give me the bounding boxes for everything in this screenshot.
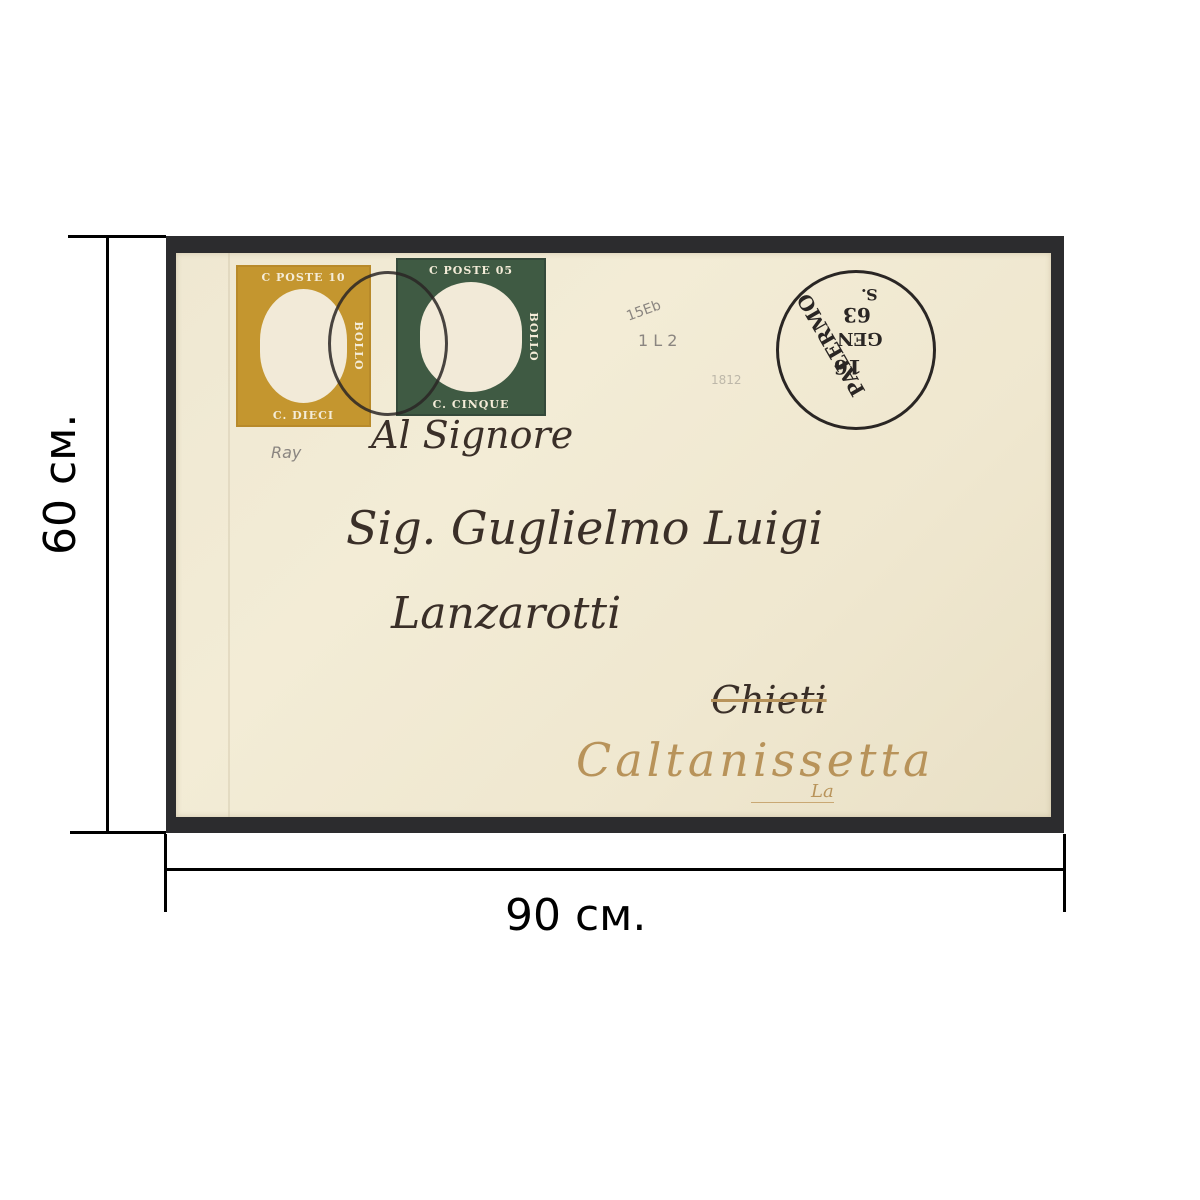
pencil-note: 1 L 2: [638, 331, 677, 350]
left-fold: [228, 253, 230, 817]
stamp-right-text: BOLLO: [527, 312, 540, 361]
stamp-bottom-text: C. DIECI: [238, 409, 369, 422]
right-postmark: PALERMO 16 GEN 63 S.: [776, 270, 936, 430]
pencil-note: 15Eb: [624, 297, 663, 324]
width-label: 90 см.: [505, 890, 646, 941]
stamp-top-text: C POSTE 10: [238, 271, 369, 284]
address-line-1: Al Signore: [371, 413, 573, 457]
redirect-note: La: [751, 781, 834, 803]
address-line-3: Lanzarotti: [391, 588, 621, 639]
width-right-tick: [1063, 834, 1066, 912]
height-line: [106, 236, 109, 833]
postmark-suffix: S.: [861, 285, 878, 304]
height-bottom-tick: [70, 831, 166, 834]
postmark-year: 63: [843, 303, 871, 327]
left-postmark: [328, 271, 448, 416]
address-line-2: Sig. Guglielmo Luigi: [346, 501, 823, 555]
pencil-signature: Ray: [271, 443, 301, 462]
height-label: 60 см.: [35, 415, 85, 555]
postmark-month: GEN: [837, 328, 883, 349]
stamp-top-text: C POSTE 05: [398, 264, 544, 277]
redirect-city: Caltanissetta: [576, 733, 934, 787]
height-top-tick: [68, 235, 166, 238]
width-left-tick: [164, 834, 167, 912]
postmark-day: 16: [834, 355, 862, 379]
width-line: [165, 868, 1065, 871]
pencil-note: 1812: [711, 373, 742, 387]
crossed-out-city: Chieti: [711, 678, 827, 722]
letter-cover: C POSTE 10 C. DIECI BOLLO C POSTE 05 C. …: [176, 253, 1051, 817]
